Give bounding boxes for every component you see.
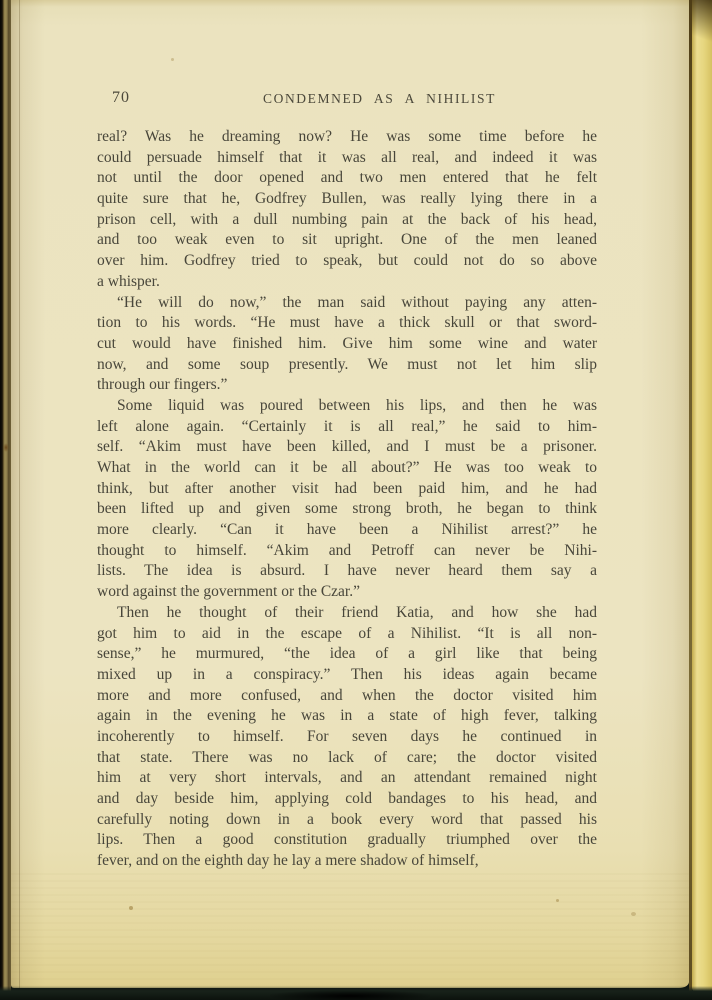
paragraph: Some liquid was poured between his lips,… bbox=[97, 396, 597, 603]
text-line: lips. Then a good constitution gradually… bbox=[97, 830, 597, 851]
paper-speck bbox=[631, 912, 636, 916]
paper-speck bbox=[129, 906, 133, 910]
paper-speck bbox=[556, 899, 559, 902]
text-line: been lifted up and given some strong bro… bbox=[97, 499, 597, 520]
text-line: carefully noting down in a book every wo… bbox=[97, 810, 597, 831]
text-line: again in the evening he was in a state o… bbox=[97, 706, 597, 727]
text-line: and too weak even to sit upright. One of… bbox=[97, 230, 597, 251]
body-text: real? Was he dreaming now? He was some t… bbox=[97, 127, 597, 872]
text-line: word against the government or the Czar.… bbox=[97, 582, 597, 603]
text-line: over him. Godfrey tried to speak, but co… bbox=[97, 251, 597, 272]
text-line: could persuade himself that it was all r… bbox=[97, 148, 597, 169]
running-header: CONDEMNED AS A NIHILIST bbox=[263, 91, 496, 107]
text-line: through our fingers.” bbox=[97, 375, 597, 396]
text-line: that state. There was no lack of care; t… bbox=[97, 748, 597, 769]
text-line: more clearly. “Can it have been a Nihili… bbox=[97, 520, 597, 541]
text-line: quite sure that he, Godfrey Bullen, was … bbox=[97, 189, 597, 210]
text-line: left alone again. “Certainly it is all r… bbox=[97, 417, 597, 438]
page-bottom-texture bbox=[11, 868, 689, 988]
text-line: not until the door opened and two men en… bbox=[97, 168, 597, 189]
text-line: him at very short intervals, and an atte… bbox=[97, 768, 597, 789]
book-page: 70 CONDEMNED AS A NIHILIST real? Was he … bbox=[11, 0, 689, 988]
paragraph: “He will do now,” the man said without p… bbox=[97, 293, 597, 396]
text-line: self. “Akim must have been killed, and I… bbox=[97, 437, 597, 458]
scan-background-shadow bbox=[270, 990, 430, 1000]
text-line: incoherently to himself. For seven days … bbox=[97, 727, 597, 748]
text-line: thought to himself. “Akim and Petroff ca… bbox=[97, 541, 597, 562]
text-line: Some liquid was poured between his lips,… bbox=[97, 396, 597, 417]
adjacent-page-corner-shadow bbox=[692, 0, 712, 70]
paragraph: real? Was he dreaming now? He was some t… bbox=[97, 127, 597, 293]
adjacent-page-edge bbox=[692, 0, 712, 992]
text-line: lists. The idea is absurd. I have never … bbox=[97, 561, 597, 582]
spine-fleck bbox=[3, 443, 9, 452]
page-number: 70 bbox=[112, 89, 130, 107]
page-header: 70 CONDEMNED AS A NIHILIST bbox=[11, 89, 689, 109]
text-line: and day beside him, applying cold bandag… bbox=[97, 789, 597, 810]
text-line: cut would have finished him. Give him so… bbox=[97, 334, 597, 355]
text-line: tion to his words. “He must have a thick… bbox=[97, 313, 597, 334]
paper-speck bbox=[171, 58, 174, 61]
text-line: What in the world can it be all about?” … bbox=[97, 458, 597, 479]
scanned-book-page: 70 CONDEMNED AS A NIHILIST real? Was he … bbox=[0, 0, 712, 1000]
text-line: Then he thought of their friend Katia, a… bbox=[97, 603, 597, 624]
text-line: “He will do now,” the man said without p… bbox=[97, 293, 597, 314]
text-line: sense,” he murmured, “the idea of a girl… bbox=[97, 644, 597, 665]
paragraph: Then he thought of their friend Katia, a… bbox=[97, 603, 597, 872]
text-line: real? Was he dreaming now? He was some t… bbox=[97, 127, 597, 148]
text-line: now, and some soup presently. We must no… bbox=[97, 355, 597, 376]
text-line: more and more confused, and when the doc… bbox=[97, 686, 597, 707]
text-line: prison cell, with a dull numbing pain at… bbox=[97, 210, 597, 231]
text-line: mixed up in a conspiracy.” Then his idea… bbox=[97, 665, 597, 686]
book-spine-edge bbox=[0, 0, 11, 1000]
text-line: a whisper. bbox=[97, 272, 597, 293]
text-line: got him to aid in the escape of a Nihili… bbox=[97, 624, 597, 645]
gutter-crease-line bbox=[19, 0, 20, 988]
text-line: think, but after another visit had been … bbox=[97, 479, 597, 500]
